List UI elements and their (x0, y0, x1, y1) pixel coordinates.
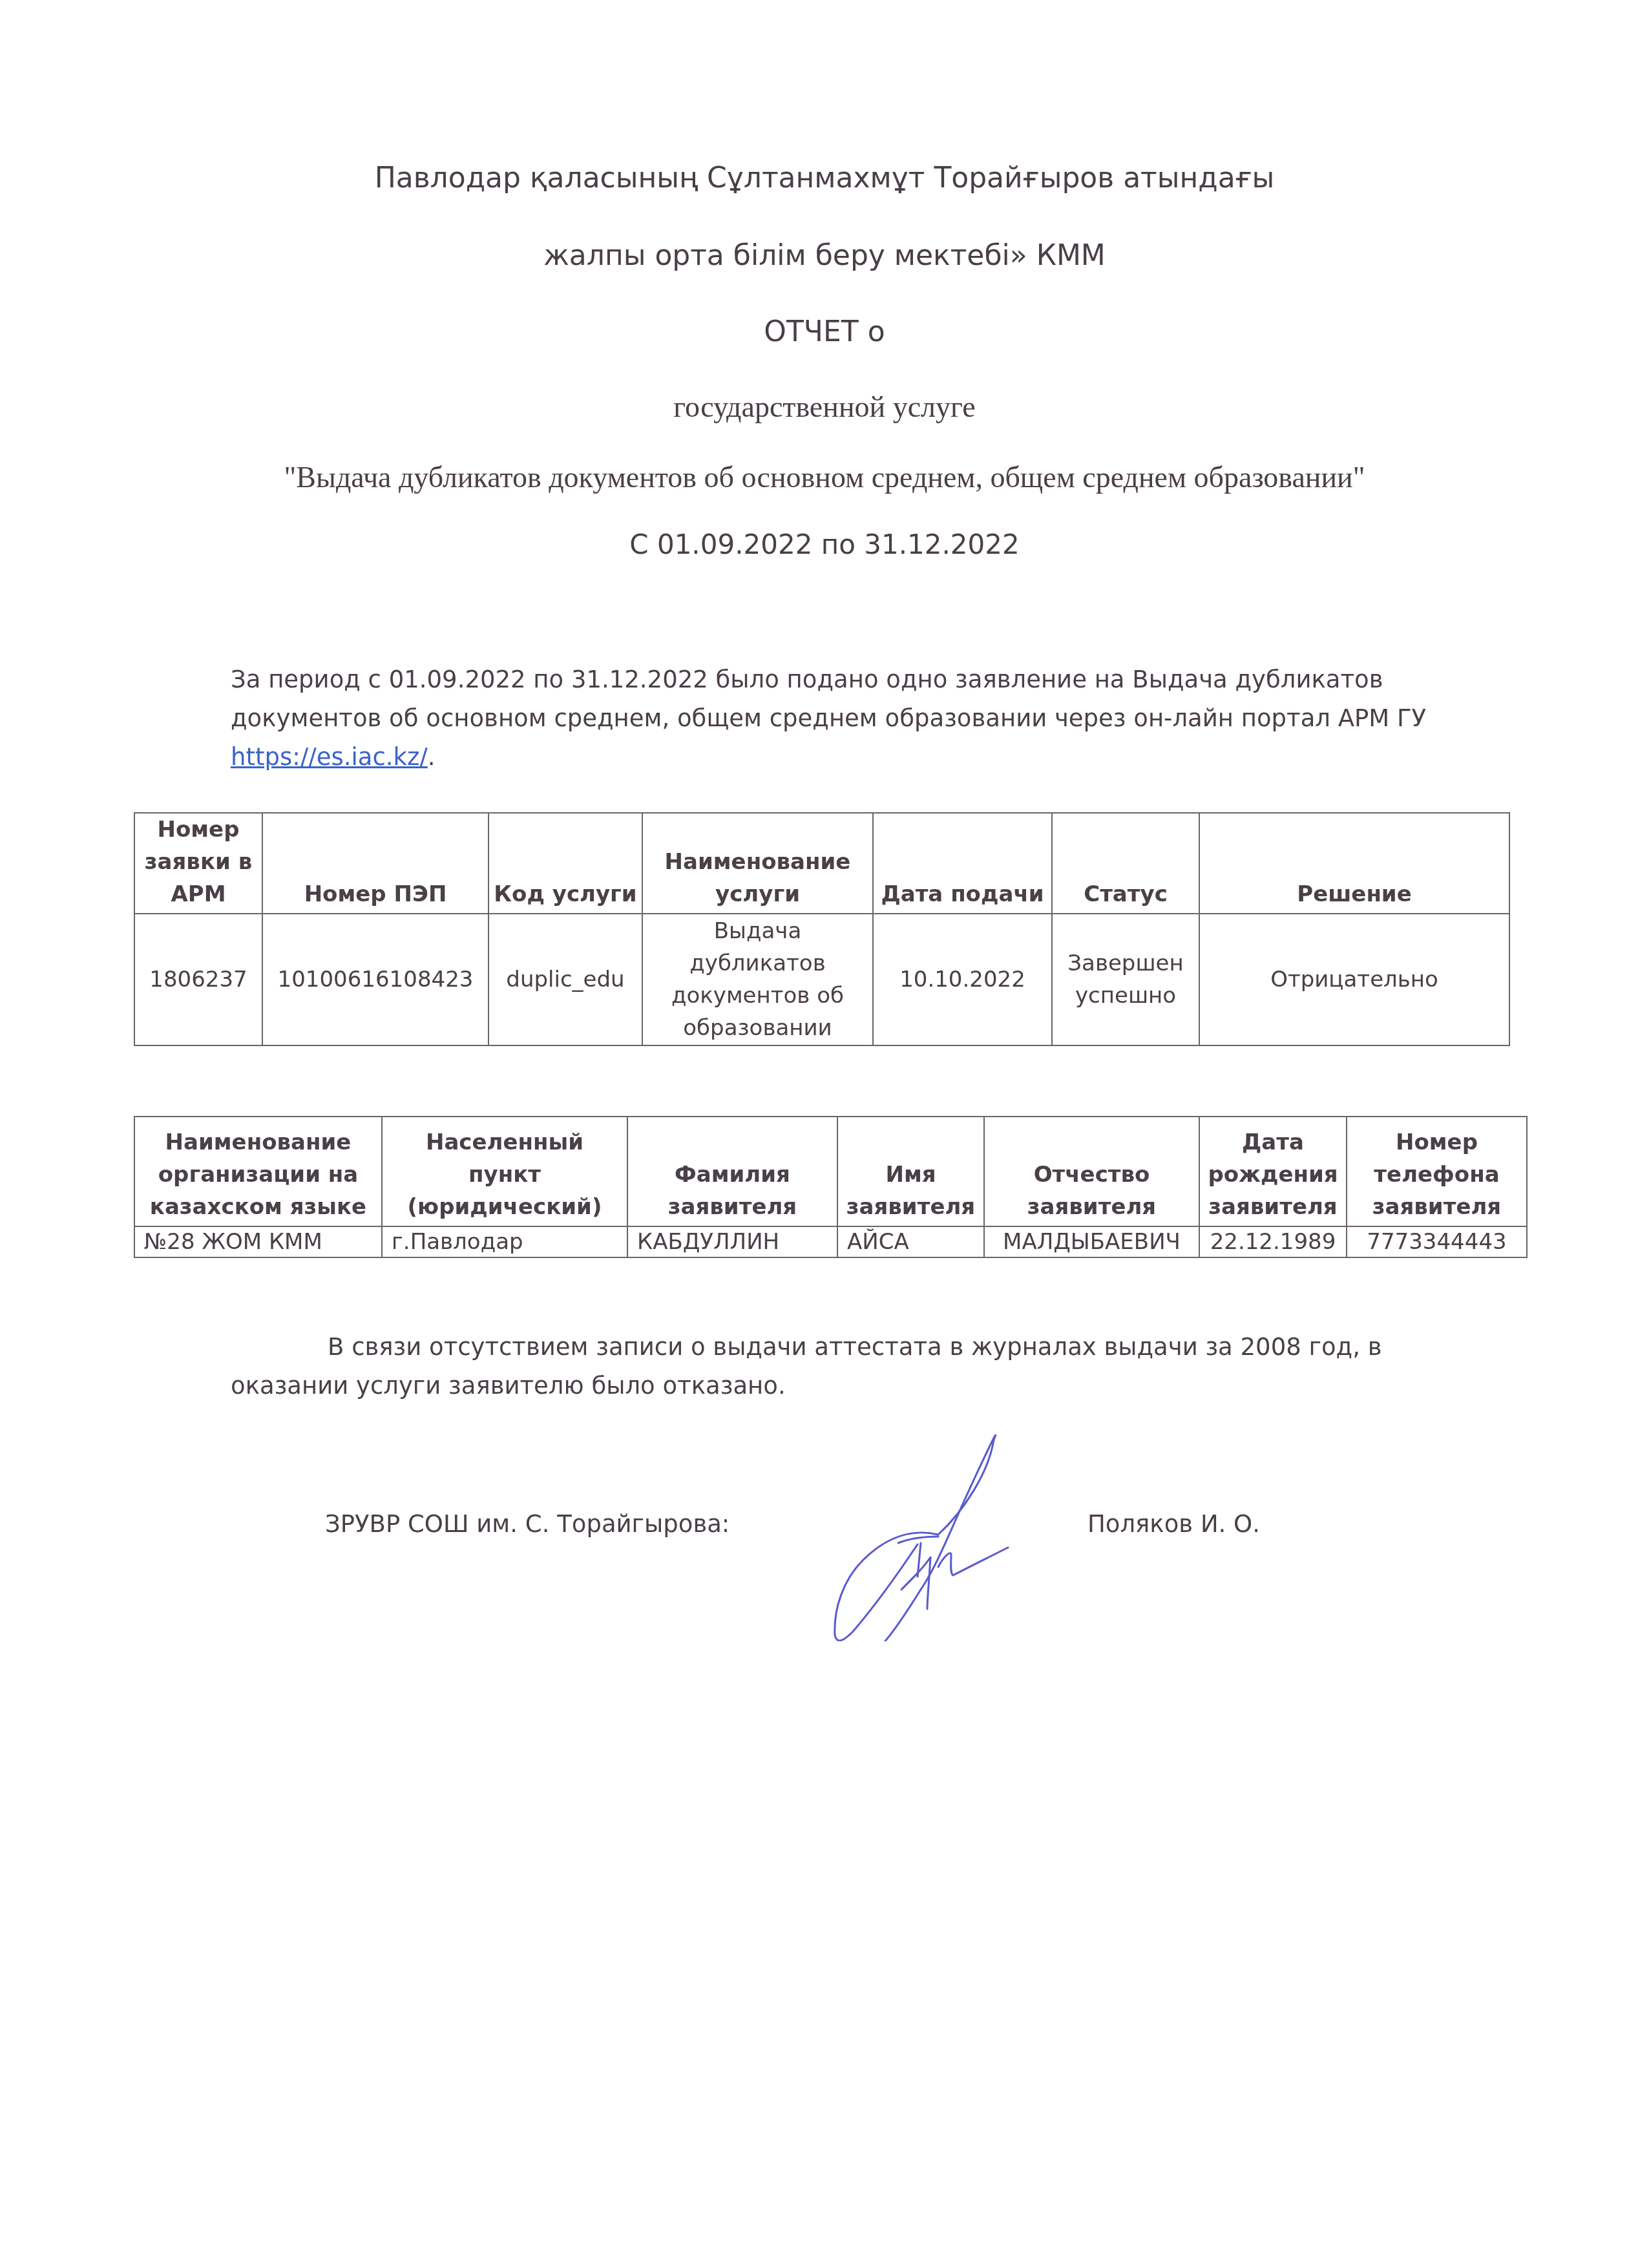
pep-number: 10100616108423 (262, 914, 488, 1045)
col-header-phone: Номер телефона заявителя (1347, 1117, 1527, 1226)
col-header-patronymic: Отчество заявителя (984, 1117, 1199, 1226)
col-header-submission-date: Дата подачи (873, 813, 1052, 914)
surname: КАБДУЛЛИН (627, 1226, 837, 1257)
organization: №28 ЖОМ КММ (134, 1226, 382, 1257)
table-header-row: Наименование организации на казахском яз… (134, 1117, 1527, 1226)
first-name: АЙСА (837, 1226, 984, 1257)
conclusion-text: В связи отсутствием записи о выдачи атте… (231, 1333, 1381, 1400)
decision: Отрицательно (1199, 914, 1509, 1045)
col-header-locality: Населенный пункт (юридический) (382, 1117, 627, 1226)
conclusion-paragraph: В связи отсутствием записи о выдачи атте… (231, 1328, 1497, 1405)
birth-date: 22.12.1989 (1199, 1226, 1347, 1257)
service-code: duplic_edu (488, 914, 642, 1045)
col-header-application-number: Номер заявки в АРМ (134, 813, 262, 914)
signatory-name: Поляков И. О. (1087, 1510, 1260, 1538)
col-header-pep-number: Номер ПЭП (262, 813, 488, 914)
col-header-surname: Фамилия заявителя (627, 1117, 837, 1226)
service-name: Выдача дубликатов документов об образова… (642, 914, 873, 1045)
signature-strokes (835, 1435, 1008, 1641)
patronymic: МАЛДЫБАЕВИЧ (984, 1226, 1199, 1257)
application-number: 1806237 (134, 914, 262, 1045)
report-subtitle: государственной услуге (0, 390, 1649, 424)
intro-text: За период с 01.09.2022 по 31.12.2022 был… (231, 666, 1426, 732)
report-title: ОТЧЕТ о (0, 315, 1649, 348)
locality: г.Павлодар (382, 1226, 627, 1257)
intro-tail: . (428, 743, 436, 771)
col-header-birth-date: Дата рождения заявителя (1199, 1117, 1347, 1226)
handwritten-signature (698, 1422, 1034, 1641)
col-header-decision: Решение (1199, 813, 1509, 914)
service-name: "Выдача дубликатов документов об основно… (0, 460, 1649, 494)
col-header-status: Статус (1052, 813, 1199, 914)
portal-link[interactable]: https://es.iac.kz/ (231, 743, 428, 771)
col-header-service-code: Код услуги (488, 813, 642, 914)
col-header-organization: Наименование организации на казахском яз… (134, 1117, 382, 1226)
table-row: 1806237 10100616108423 duplic_edu Выдача… (134, 914, 1509, 1045)
intro-paragraph: За период с 01.09.2022 по 31.12.2022 был… (231, 660, 1497, 777)
col-header-service-name: Наименование услуги (642, 813, 873, 914)
table-row: №28 ЖОМ КММ г.Павлодар КАБДУЛЛИН АЙСА МА… (134, 1226, 1527, 1257)
status: Завершен успешно (1052, 914, 1199, 1045)
school-name-line-1: Павлодар қаласының Сұлтанмахмұт Торайғыр… (0, 162, 1649, 194)
application-table: Номер заявки в АРМ Номер ПЭП Код услуги … (134, 812, 1510, 1046)
report-period: С 01.09.2022 по 31.12.2022 (0, 529, 1649, 560)
submission-date: 10.10.2022 (873, 914, 1052, 1045)
table-header-row: Номер заявки в АРМ Номер ПЭП Код услуги … (134, 813, 1509, 914)
signatory-position: ЗРУВР СОШ им. С. Торайгырова: (325, 1510, 730, 1538)
school-name-line-2: жалпы орта білім беру мектебі» КММ (0, 239, 1649, 272)
col-header-first-name: Имя заявителя (837, 1117, 984, 1226)
applicant-table: Наименование организации на казахском яз… (134, 1116, 1528, 1258)
phone: 7773344443 (1347, 1226, 1527, 1257)
